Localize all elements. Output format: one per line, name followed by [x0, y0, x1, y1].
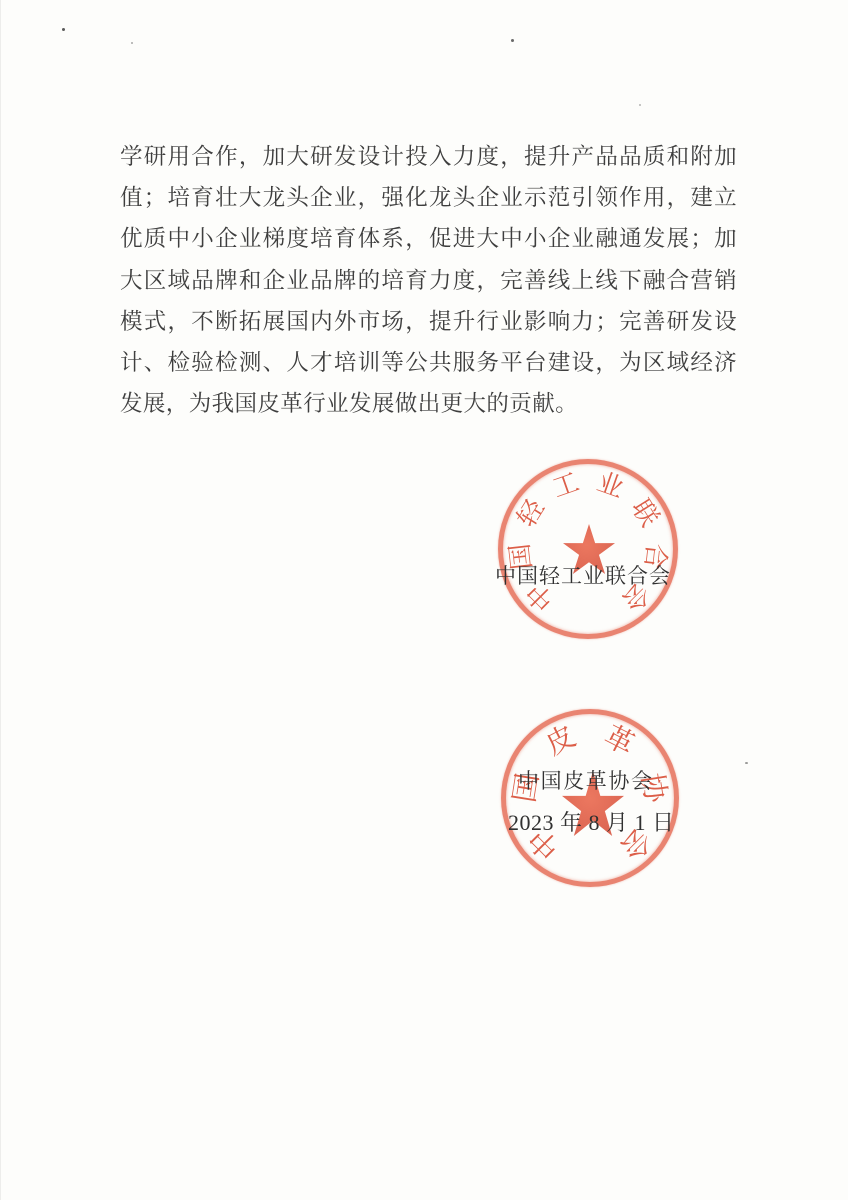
seal-ring-char: 业 — [588, 464, 631, 507]
scan-speck — [639, 104, 641, 106]
body-paragraph: 学研用合作，加大研发设计投入力度，提升产品品质和附加 值；培育壮大龙头企业，强化… — [120, 134, 737, 423]
body-line: 值；培育壮大龙头企业，强化龙头企业示范引领作用，建立 — [120, 175, 737, 216]
body-line: 计、检验检测、人才培训等公共服务平台建设，为区域经济 — [120, 340, 737, 381]
seal-ring-char: 轻 — [508, 490, 555, 537]
body-line: 发展，为我国皮革行业发展做出更大的贡献。 — [120, 382, 737, 423]
body-line: 模式，不断拓展国内外市场，提升行业影响力；完善研发设 — [120, 299, 737, 340]
seal-ring-char: 革 — [596, 718, 642, 764]
scan-speck — [745, 762, 748, 764]
body-line: 学研用合作，加大研发设计投入力度，提升产品品质和附加 — [120, 134, 737, 175]
seal-ring-char: 皮 — [538, 718, 584, 764]
official-seal-light-industry: 中国轻工业联合会 — [498, 459, 678, 639]
document-page: 学研用合作，加大研发设计投入力度，提升产品品质和附加 值；培育壮大龙头企业，强化… — [0, 0, 848, 1200]
body-line: 大区域品牌和企业品牌的培育力度，完善线上线下融合营销 — [120, 258, 737, 299]
signature-light-industry: 中国轻工业联合会 — [495, 560, 671, 590]
seal-ring-char: 工 — [544, 464, 587, 507]
scan-speck — [131, 42, 133, 44]
body-line: 优质中小企业梯度培育体系，促进大中小企业融通发展；加 — [120, 217, 737, 258]
seal-ring-char: 联 — [621, 490, 668, 537]
official-seal-leather-association: 中国皮革协会 — [501, 709, 679, 887]
date-line: 2023 年 8 月 1 日 — [508, 806, 675, 837]
scan-speck — [62, 28, 65, 31]
signature-leather-association: 中国皮革协会 — [518, 765, 654, 795]
scan-speck — [511, 39, 514, 42]
